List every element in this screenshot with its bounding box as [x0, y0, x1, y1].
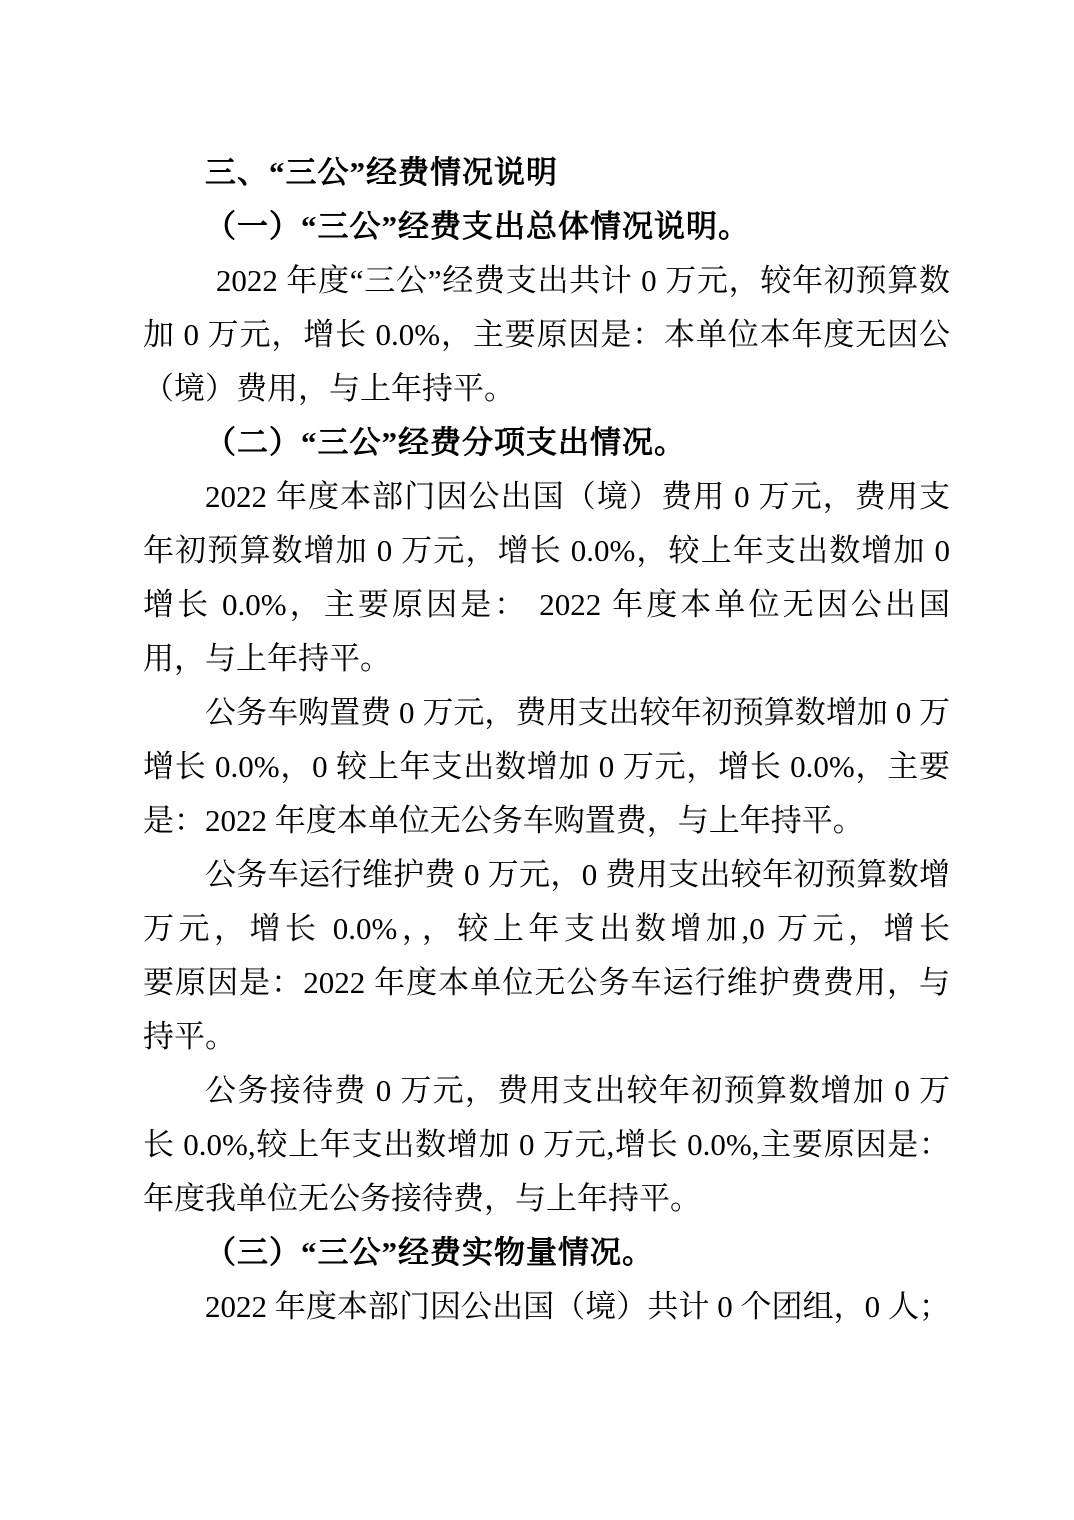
heading-section-1: （一）“三公”经费支出总体情况说明。 [143, 200, 950, 254]
paragraph-line: （境）费用，与上年持平。 [143, 362, 950, 416]
paragraph-line: 加 0 万元，增长 0.0%，主要原因是：本单位本年度无因公出国 [143, 308, 950, 362]
document-page: 三、“三公”经费情况说明 （一）“三公”经费支出总体情况说明。 2022 年度“… [0, 0, 1074, 1520]
paragraph-line: 增长 0.0%，主要原因是： 2022 年度本单位无因公出国（境）费 [143, 578, 950, 632]
paragraph-line: 要原因是：2022 年度本单位无公务车运行维护费费用，与上年 [143, 956, 950, 1010]
paragraph-line: 公务车购置费 0 万元，费用支出较年初预算数增加 0 万元， [143, 686, 950, 740]
heading-section-3: （三）“三公”经费实物量情况。 [143, 1226, 950, 1280]
paragraph-line: 公务接待费 0 万元，费用支出较年初预算数增加 0 万元，增 [143, 1064, 950, 1118]
paragraph-line: 公务车运行维护费 0 万元，0 费用支出较年初预算数增加 0 [143, 848, 950, 902]
paragraph-line: 持平。 [143, 1010, 950, 1064]
paragraph-line: 年初预算数增加 0 万元，增长 0.0%，较上年支出数增加 0 万元， [143, 524, 950, 578]
paragraph-line: 2022 年度本部门因公出国（境）共计 0 个团组，0 人；公务 [143, 1280, 950, 1334]
paragraph-line: 年度我单位无公务接待费，与上年持平。 [143, 1172, 950, 1226]
paragraph-line: 万元，增长 0.0%，，较上年支出数增加,0 万元，增长 0.0%，主 [143, 902, 950, 956]
paragraph-line: 2022 年度本部门因公出国（境）费用 0 万元，费用支出较 [143, 470, 950, 524]
paragraph-line: 长 0.0%,较上年支出数增加 0 万元,增长 0.0%,主要原因是：2022 [143, 1118, 950, 1172]
paragraph-line: 增长 0.0%，0 较上年支出数增加 0 万元，增长 0.0%，主要原因 [143, 740, 950, 794]
paragraph-line: 是：2022 年度本单位无公务车购置费，与上年持平。 [143, 794, 950, 848]
heading-section-2: （二）“三公”经费分项支出情况。 [143, 416, 950, 470]
heading-main: 三、“三公”经费情况说明 [143, 146, 950, 200]
paragraph-line: 用，与上年持平。 [143, 632, 950, 686]
paragraph-line: 2022 年度“三公”经费支出共计 0 万元，较年初预算数增 [143, 254, 950, 308]
